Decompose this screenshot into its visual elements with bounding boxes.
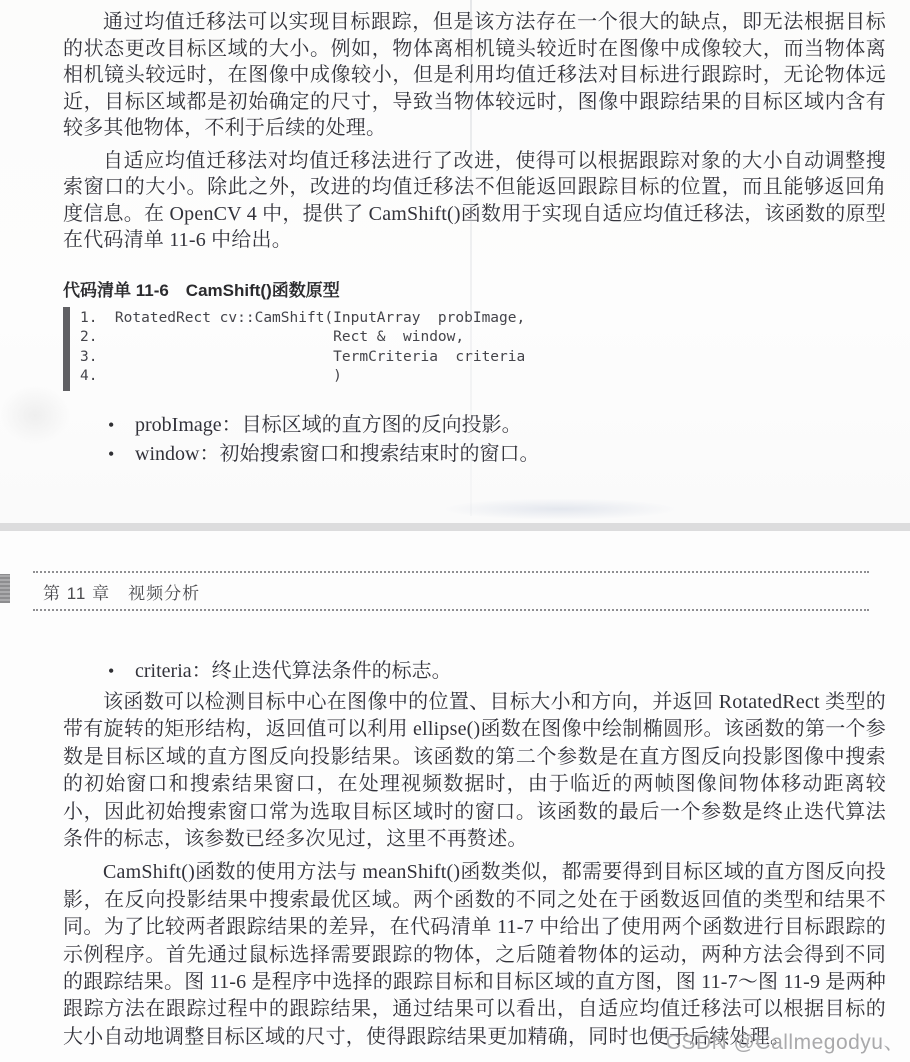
bullet-icon: • — [108, 411, 135, 440]
code-line: 4. ) — [80, 367, 886, 387]
code-line: 1. RotatedRect cv::CamShift(InputArray p… — [80, 309, 886, 329]
bullet-icon: • — [108, 440, 135, 469]
scanned-book-page: { "colors": { "body_text": "#32323a", "d… — [0, 0, 910, 1062]
page-break-divider — [0, 523, 910, 531]
code-line: 3. TermCriteria criteria — [80, 348, 886, 368]
book-page-bottom: 第 11 章 视频分析 • criteria：终止迭代算法条件的标志。 该函数可… — [0, 531, 910, 1062]
page-edge-marker — [0, 574, 10, 603]
paragraph-camshift-usage: CamShift()函数的使用方法与 meanShift()函数类似，都需要得到… — [63, 859, 886, 1051]
code-listing-title: 代码清单 11-6 CamShift()函数原型 — [63, 276, 886, 301]
bullet-icon: • — [108, 657, 135, 686]
list-item-criteria: • criteria：终止迭代算法条件的标志。 — [63, 657, 886, 686]
list-item-window: • window：初始搜索窗口和搜索结束时的窗口。 — [63, 440, 886, 469]
book-page-top: 通过均值迁移法可以实现目标跟踪，但是该方法存在一个很大的缺点，即无法根据目标的状… — [0, 0, 910, 523]
code-line: 2. Rect & window, — [80, 328, 886, 348]
running-header: 第 11 章 视频分析 — [33, 571, 869, 611]
dotted-rule-bottom — [33, 609, 869, 611]
scan-smudge — [440, 498, 680, 520]
list-item-probimage: • probImage：目标区域的直方图的反向投影。 — [63, 411, 886, 440]
paragraph-camshift-details: 该函数可以检测目标中心在图像中的位置、目标大小和方向，并返回 RotatedRe… — [63, 689, 886, 853]
code-listing-block: 1. RotatedRect cv::CamShift(InputArray p… — [63, 307, 886, 391]
paragraph-camshift-intro: 自适应均值迁移法对均值迁移法进行了改进，使得可以根据跟踪对象的大小自动调整搜索窗… — [63, 148, 886, 254]
chapter-title: 第 11 章 视频分析 — [43, 584, 200, 603]
csdn-watermark: CSDN @Callmegodyu、 — [666, 1026, 905, 1056]
parameter-list: • probImage：目标区域的直方图的反向投影。 • window：初始搜索… — [63, 411, 886, 469]
parameter-text: probImage：目标区域的直方图的反向投影。 — [135, 411, 522, 440]
scan-smudge — [0, 385, 70, 445]
parameter-list-continued: • criteria：终止迭代算法条件的标志。 — [63, 657, 886, 686]
parameter-text: criteria：终止迭代算法条件的标志。 — [135, 657, 452, 686]
parameter-text: window：初始搜索窗口和搜索结束时的窗口。 — [135, 440, 539, 469]
paragraph-meanshift-drawback: 通过均值迁移法可以实现目标跟踪，但是该方法存在一个很大的缺点，即无法根据目标的状… — [63, 9, 886, 142]
